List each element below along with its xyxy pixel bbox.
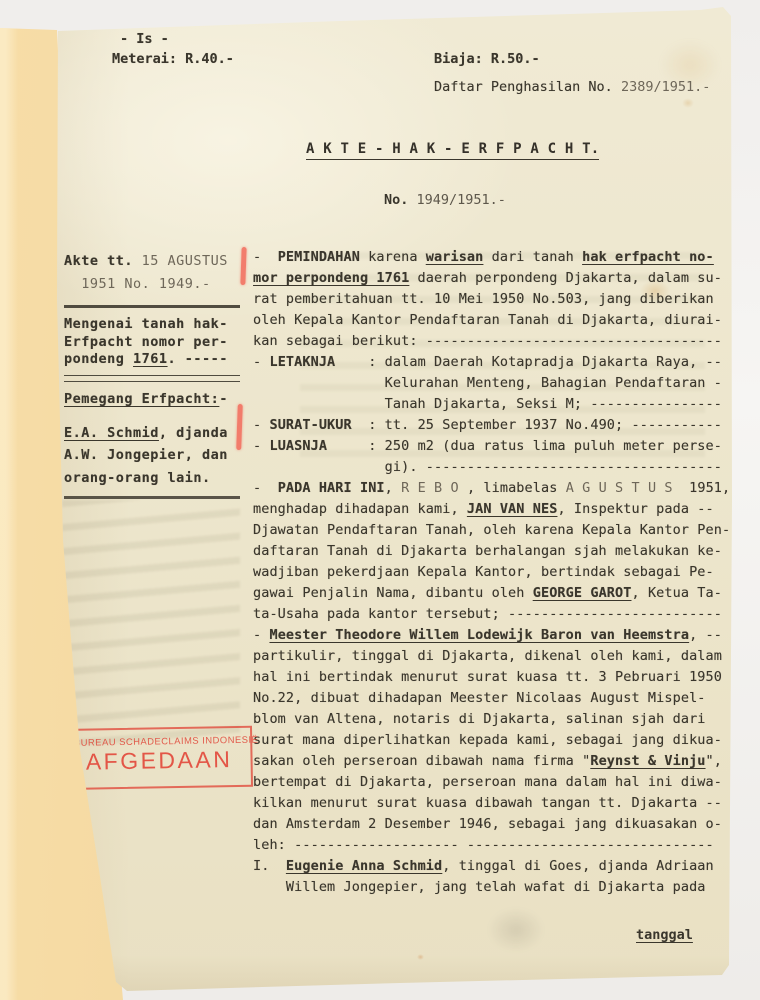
typed-segment: JAN VAN NES [467, 501, 558, 517]
typed-segment: Pemegang Erfpacht: [64, 391, 219, 407]
typed-segment: ta-Usaha pada kantor tersebut; ---------… [253, 606, 722, 622]
document-title: A K T E - H A K - E R F P A C H T. [306, 141, 599, 160]
typed-segment: Tanah Djakarta, Seksi M; ---------------… [253, 396, 722, 412]
typed-segment: pondeng [64, 351, 133, 367]
typed-segment: 1761 [133, 351, 168, 367]
typed-segment: - [253, 417, 269, 433]
typed-segment: : 250 m2 (dua ratus lima puluh meter per… [327, 438, 722, 454]
typed-segment: mor perpondeng 1761 [253, 270, 409, 286]
typed-segment: surat mana diperlihatkan kepada kami, se… [253, 732, 722, 748]
typed-segment: Eugenie Anna Schmid [286, 858, 442, 874]
typed-segment: leh: -------------------- --------------… [253, 837, 714, 853]
typed-segment: - [253, 627, 269, 643]
typed-segment: daftaran Tanah di Djakarta berhalangan s… [253, 543, 722, 559]
smudge [488, 908, 544, 952]
biaja-note: Biaja: R.50.- [434, 51, 540, 67]
typed-line: Tanah Djakarta, Seksi M; ---------------… [253, 394, 733, 415]
typed-segment: kilkan menurut surat kuasa dibawah tanga… [253, 795, 722, 811]
red-pencil-mark [240, 247, 246, 285]
typed-segment: Meester Theodore Willem Lodewijk Baron v… [269, 627, 689, 643]
stamp-afgedaan-label: AFGEDAAN [67, 746, 250, 776]
typed-segment: No.22, dibuat dihadapan Meester Nicolaas… [253, 690, 706, 706]
typed-line: orang-orang lain. [64, 467, 244, 490]
typed-segment: 1951 No. 1949.- [64, 276, 211, 292]
margin-double-rule [64, 375, 240, 382]
ghost-text-margin [62, 500, 240, 745]
typed-line: - PADA HARI INI, R E B O , limabelas A G… [253, 478, 733, 499]
typed-segment: 1951, [673, 480, 731, 496]
typed-segment: : tt. 25 September 1937 No.490; --------… [352, 417, 722, 433]
typed-body: - PEMINDAHAN karena warisan dari tanah h… [253, 247, 733, 898]
typed-segment: hal ini bertindak menurut surat kuasa tt… [253, 669, 722, 685]
typed-segment: Kelurahan Menteng, Bahagian Pendaftaran … [253, 375, 722, 391]
typed-segment: warisan [426, 249, 484, 265]
margin-akte-note: Akte tt. 15 AGUSTUS 1951 No. 1949.- [64, 250, 244, 296]
catchword: tanggal [636, 927, 693, 943]
typed-segment: karena [360, 249, 426, 265]
typed-segment: SURAT-UKUR [269, 417, 351, 433]
typed-line: surat mana diperlihatkan kepada kami, se… [253, 730, 733, 751]
paper-page: - Is - Meterai: R.40.- Biaja: R.50.- Daf… [0, 0, 760, 1000]
typed-segment: ", [706, 753, 722, 769]
typed-segment: A G U S T U S [566, 480, 673, 496]
margin-rule [64, 305, 240, 308]
typed-segment: dan Amsterdam 2 Desember 1946, sebagai j… [253, 816, 722, 832]
typed-segment: partikulir, tinggal di Djakarta, dikenal… [253, 648, 722, 664]
typed-line: E.A. Schmid, djanda [64, 422, 244, 445]
stain [417, 954, 424, 960]
typed-line: gawai Penjalin Nama, dibantu oleh GEORGE… [253, 583, 733, 604]
meterai-note: Meterai: R.40.- [112, 51, 234, 67]
typed-segment: Mengenai tanah hak- [64, 316, 228, 332]
typed-segment: Reynst & Vinju [590, 753, 705, 769]
typed-segment: Akte tt. [64, 253, 142, 269]
margin-subject-note: Mengenai tanah hak-Erfpacht nomor per-po… [64, 316, 244, 369]
typed-line: Willem Jongepier, jang telah wafat di Dj… [253, 877, 733, 898]
typed-segment: daerah perpondeng Djakarta, dalam su- [409, 270, 722, 286]
typed-segment: - [253, 249, 278, 265]
typed-line: pondeng 1761. ----- [64, 351, 244, 369]
typed-line: gi). -----------------------------------… [253, 457, 733, 478]
typed-segment: Willem Jongepier, jang telah wafat di Dj… [253, 879, 706, 895]
typed-segment: , djanda [159, 425, 228, 441]
typed-line: A.W. Jongepier, dan [64, 444, 244, 467]
typed-segment: , tinggal di Goes, djanda Adriaan [442, 858, 714, 874]
typed-line: Akte tt. 15 AGUSTUS [64, 250, 244, 273]
typed-segment: bertempat di Djakarta, perseroan mana da… [253, 774, 722, 790]
typed-segment: gawai Penjalin Nama, dibantu oleh [253, 585, 533, 601]
stamp-afgedaan: · BUREAU SCHADECLAIMS INDONESIË AFGEDAAN [65, 726, 253, 790]
typed-line: - Meester Theodore Willem Lodewijk Baron… [253, 625, 733, 646]
typed-line: ta-Usaha pada kantor tersebut; ---------… [253, 604, 733, 625]
typed-segment: , [385, 480, 401, 496]
typed-line: leh: -------------------- --------------… [253, 835, 733, 856]
typed-segment: - [219, 391, 228, 407]
number-value: 1949/1951.- [417, 192, 506, 208]
typed-segment: - [253, 354, 269, 370]
typed-line: partikulir, tinggal di Djakarta, dikenal… [253, 646, 733, 667]
typed-segment: LETAKNJA [269, 354, 335, 370]
typed-segment: PEMINDAHAN [278, 249, 360, 265]
typed-line: - PEMINDAHAN karena warisan dari tanah h… [253, 247, 733, 268]
typed-line: menghadap dihadapan kami, JAN VAN NES, I… [253, 499, 733, 520]
typed-segment: Djawatan Pendaftaran Tanah, oleh karena … [253, 522, 730, 538]
margin-rule [64, 496, 240, 499]
typed-segment: orang-orang lain. [64, 470, 211, 486]
scanned-document: - Is - Meterai: R.40.- Biaja: R.50.- Daf… [0, 0, 760, 1000]
typed-line: rat pemberitahuan tt. 10 Mei 1950 No.503… [253, 289, 733, 310]
typed-segment: , -- [689, 627, 722, 643]
typed-segment: Erfpacht nomor per- [64, 334, 228, 350]
typed-segment: blom van Altena, notaris di Djakarta, sa… [253, 711, 706, 727]
typed-line: dan Amsterdam 2 Desember 1946, sebagai j… [253, 814, 733, 835]
typed-line: 1951 No. 1949.- [64, 273, 244, 296]
daftar-label: Daftar Penghasilan No. [434, 79, 621, 95]
typed-segment: - [253, 480, 278, 496]
typed-segment: PADA HARI INI [278, 480, 385, 496]
typed-segment: - [253, 438, 269, 454]
daftar-number: 2389/1951.- [621, 79, 710, 95]
typed-segment: oleh Kepala Kantor Pendaftaran Tanah di … [253, 312, 722, 328]
margin-notes: Akte tt. 15 AGUSTUS 1951 No. 1949.- Meng… [64, 250, 244, 499]
typed-line: sakan oleh perseroan dibawah nama firma … [253, 751, 733, 772]
typed-segment: , limabelas [459, 480, 566, 496]
typed-line: Kelurahan Menteng, Bahagian Pendaftaran … [253, 373, 733, 394]
typed-line: bertempat di Djakarta, perseroan mana da… [253, 772, 733, 793]
typed-segment: , Inspektur pada -- [557, 501, 713, 517]
typed-segment: menghadap dihadapan kami, [253, 501, 467, 517]
document-number: No. 1949/1951.- [384, 192, 506, 208]
typed-line: blom van Altena, notaris di Djakarta, sa… [253, 709, 733, 730]
typed-line: Erfpacht nomor per- [64, 334, 244, 352]
stain [682, 98, 694, 108]
typed-line: - SURAT-UKUR : tt. 25 September 1937 No.… [253, 415, 733, 436]
number-label: No. [384, 192, 417, 208]
typed-line: kan sebagai berikut: -------------------… [253, 331, 733, 352]
typed-segment: wadjiban pekerdjaan Kepala Kantor, berti… [253, 564, 714, 580]
typed-line: wadjiban pekerdjaan Kepala Kantor, berti… [253, 562, 733, 583]
typed-segment: I. [253, 858, 286, 874]
typed-segment: A.W. Jongepier, dan [64, 447, 228, 463]
daftar-penghasilan-note: Daftar Penghasilan No. 2389/1951.- [434, 79, 710, 95]
typed-line: No.22, dibuat dihadapan Meester Nicolaas… [253, 688, 733, 709]
typed-line: - LETAKNJA : dalam Daerah Kotapradja Dja… [253, 352, 733, 373]
typed-segment: dari tanah [483, 249, 582, 265]
typed-segment: , Ketua Ta- [631, 585, 722, 601]
typed-segment: hak erfpacht no- [582, 249, 714, 265]
typed-line: Pemegang Erfpacht:- [64, 388, 244, 410]
typed-line: I. Eugenie Anna Schmid, tinggal di Goes,… [253, 856, 733, 877]
typed-segment: LUASNJA [269, 438, 327, 454]
typed-line: daftaran Tanah di Djakarta berhalangan s… [253, 541, 733, 562]
margin-pemegang-note: Pemegang Erfpacht:- [64, 388, 244, 410]
typed-segment: sakan oleh perseroan dibawah nama firma … [253, 753, 590, 769]
margin-holders-note: E.A. Schmid, djandaA.W. Jongepier, danor… [64, 422, 244, 490]
typed-line: kilkan menurut surat kuasa dibawah tanga… [253, 793, 733, 814]
typed-segment: gi). -----------------------------------… [253, 459, 722, 475]
typed-segment: GEORGE GAROT [533, 585, 632, 601]
typed-segment: rat pemberitahuan tt. 10 Mei 1950 No.503… [253, 291, 714, 307]
typed-line: hal ini bertindak menurut surat kuasa tt… [253, 667, 733, 688]
typed-segment: : dalam Daerah Kotapradja Djakarta Raya,… [335, 354, 722, 370]
typed-segment: kan sebagai berikut: -------------------… [253, 333, 722, 349]
typed-segment: E.A. Schmid [64, 425, 159, 441]
typed-segment: 15 AGUSTUS [142, 253, 228, 269]
typed-line: Djawatan Pendaftaran Tanah, oleh karena … [253, 520, 733, 541]
typed-line: oleh Kepala Kantor Pendaftaran Tanah di … [253, 310, 733, 331]
typed-line: mor perpondeng 1761 daerah perpondeng Dj… [253, 268, 733, 289]
typed-segment: R E B O [401, 480, 459, 496]
typed-segment: . ----- [168, 351, 228, 367]
typed-line: - LUASNJA : 250 m2 (dua ratus lima puluh… [253, 436, 733, 457]
page-marker: - Is - [120, 31, 169, 47]
typed-line: Mengenai tanah hak- [64, 316, 244, 334]
